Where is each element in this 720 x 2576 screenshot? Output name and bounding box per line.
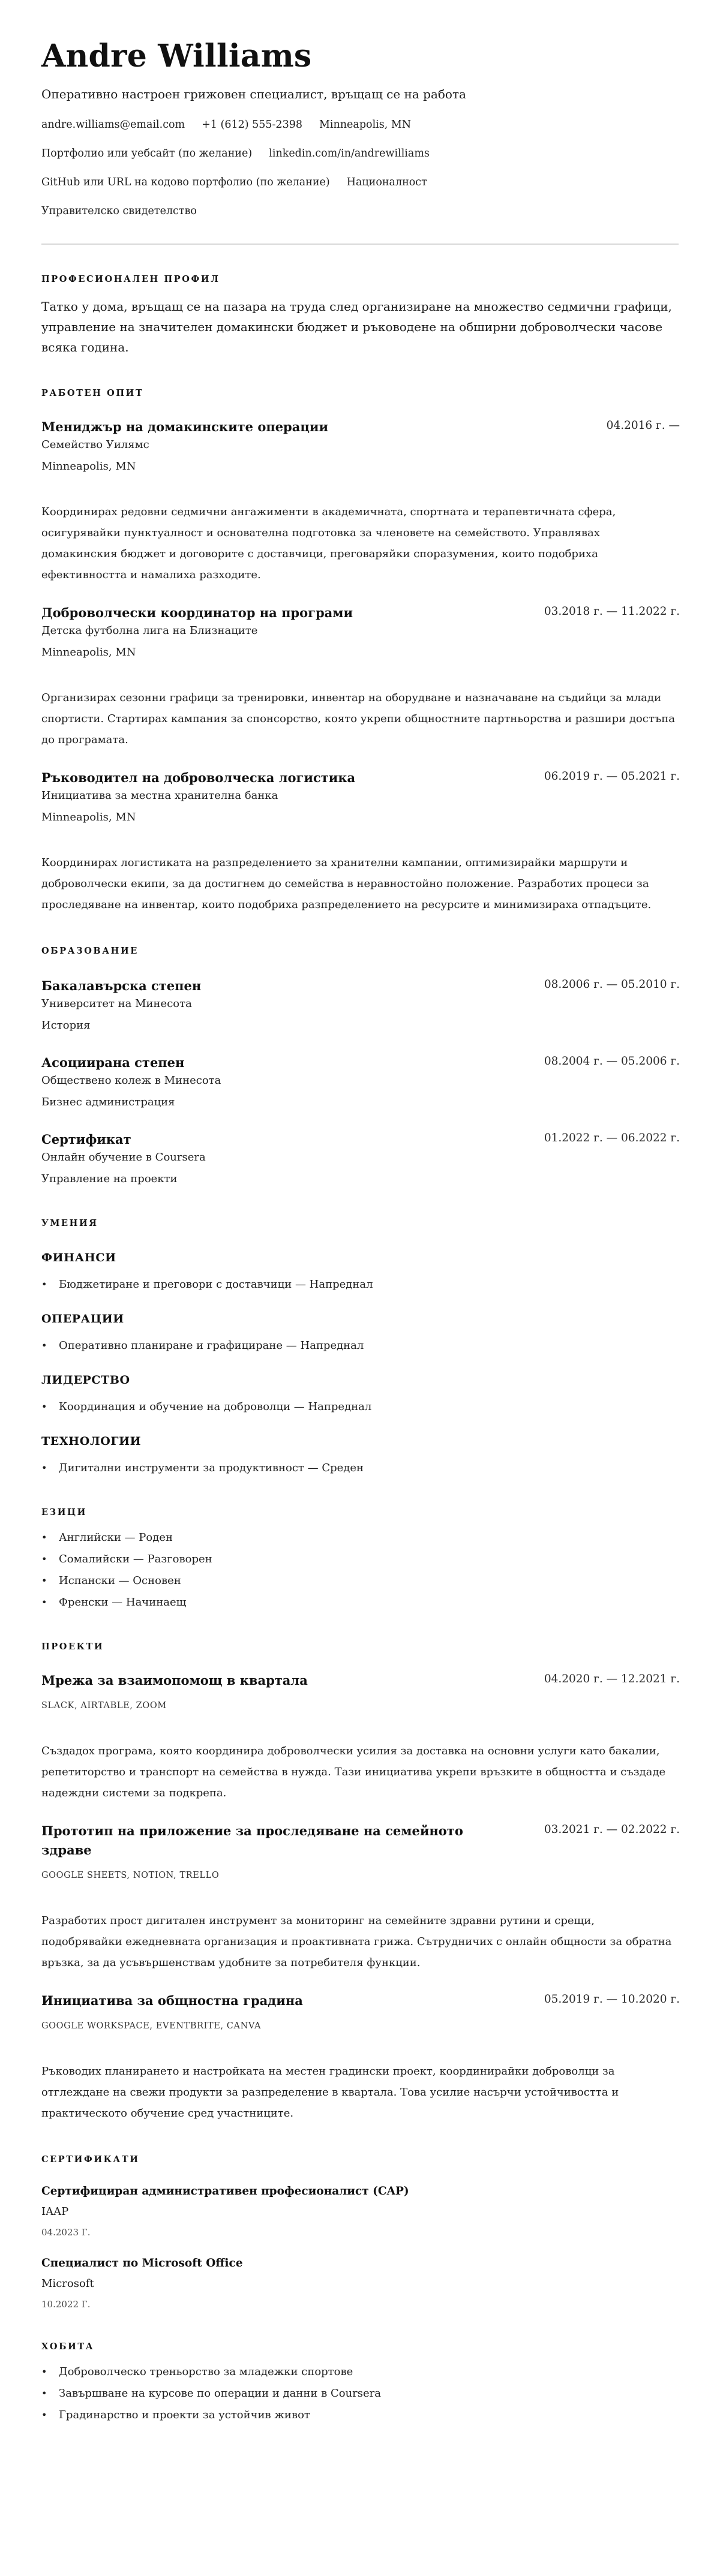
project-entry: Мрежа за взаимопомощ в квартала04.2020 г…: [41, 1671, 679, 1803]
experience-entry: Ръководител на доброволческа логистика06…: [41, 768, 679, 915]
entry-header: Бакалавърска степен08.2006 г. — 05.2010 …: [41, 976, 679, 996]
project-description: Създадох програма, която координира добр…: [41, 1741, 679, 1803]
certificate-date: 04.2023 г.: [41, 2226, 679, 2239]
entry-header: Прототип на приложение за проследяване н…: [41, 1821, 679, 1860]
profile-summary: Татко у дома, връщащ се на пазара на тру…: [41, 296, 679, 357]
school: Университет на Минесота: [41, 996, 679, 1012]
entry-header: Мениджър на домакинските операции04.2016…: [41, 417, 679, 437]
job-description: Организирах сезонни графици за тренировк…: [41, 687, 679, 750]
certificate-issuer: IAAP: [41, 2204, 679, 2220]
resume-header: Andre Williams Оперативно настроен грижо…: [41, 37, 679, 218]
entry-header: Мрежа за взаимопомощ в квартала04.2020 г…: [41, 1671, 679, 1690]
languages-list: Английски — РоденСомалийски — Разговорен…: [41, 1529, 679, 1611]
employer: Инициатива за местна хранителна банка: [41, 787, 679, 804]
hobby-item: Завършване на курсове по операции и данн…: [41, 2385, 679, 2402]
skill-item: Координация и обучение на доброволци — Н…: [41, 1399, 679, 1415]
section-title: Хобита: [41, 2341, 679, 2353]
section-title: Образование: [41, 945, 679, 957]
skill-item: Дигитални инструменти за продуктивност —…: [41, 1460, 679, 1477]
skills-section: Умения ФИНАНСИБюджетиране и преговори с …: [41, 1218, 679, 1477]
section-title: Сертификати: [41, 2154, 679, 2166]
hobbies-section: Хобита Доброволческо треньорство за млад…: [41, 2341, 679, 2424]
certificates-section: Сертификати Сертифициран административен…: [41, 2154, 679, 2311]
entry-header: Асоциирана степен08.2004 г. — 05.2006 г.: [41, 1053, 679, 1072]
language-item: Английски — Роден: [41, 1529, 679, 1546]
resume-page: Andre Williams Оперативно настроен грижо…: [0, 0, 720, 2460]
certificate-name: Специалист по Microsoft Office: [41, 2256, 679, 2271]
certificate-date: 10.2022 г.: [41, 2298, 679, 2311]
job-title: Мениджър на домакинските операции: [41, 417, 328, 437]
hobbies-list: Доброволческо треньорство за младежки сп…: [41, 2364, 679, 2424]
skill-item: Оперативно планиране и графициране — Нап…: [41, 1337, 679, 1354]
project-title: Прототип на приложение за проследяване н…: [41, 1821, 473, 1860]
project-title: Инициатива за общностна градина: [41, 1991, 303, 2010]
drivers-license: Управителско свидетелство: [41, 205, 197, 217]
job-title: Доброволчески координатор на програми: [41, 603, 353, 623]
contact-line: andre.williams@email.com+1 (612) 555-239…: [41, 118, 679, 132]
contact-line: Портфолио или уебсайт (по желание)linked…: [41, 146, 679, 161]
education-section: Образование Бакалавърска степен08.2006 г…: [41, 945, 679, 1188]
job-description: Координирах логистиката на разпределение…: [41, 852, 679, 915]
job-location: Minneapolis, MN: [41, 644, 679, 661]
certificate-entry: Сертифициран административен професионал…: [41, 2184, 679, 2239]
project-tech-stack: Google Workspace, Eventbrite, Canva: [41, 2020, 679, 2032]
project-description: Ръководих планирането и настройката на м…: [41, 2061, 679, 2124]
contact-line: Управителско свидетелство: [41, 204, 679, 218]
experience-section: Работен опит Мениджър на домакинските оп…: [41, 387, 679, 915]
skill-group-title: ФИНАНСИ: [41, 1250, 679, 1266]
location: Minneapolis, MN: [319, 119, 411, 131]
project-description: Разработих прост дигитален инструмент за…: [41, 1910, 679, 1973]
skill-group-title: ЛИДЕРСТВО: [41, 1372, 679, 1388]
projects-section: Проекти Мрежа за взаимопомощ в квартала0…: [41, 1641, 679, 2124]
field-of-study: История: [41, 1017, 679, 1034]
section-title: Проекти: [41, 1641, 679, 1653]
hobby-item: Градинарство и проекти за устойчив живот: [41, 2407, 679, 2424]
entry-header: Доброволчески координатор на програми03.…: [41, 603, 679, 623]
section-title: Езици: [41, 1507, 679, 1519]
job-description: Координирах редовни седмични ангажименти…: [41, 501, 679, 585]
project-entry: Инициатива за общностна градина05.2019 г…: [41, 1991, 679, 2124]
experience-entry: Мениджър на домакинските операции04.2016…: [41, 417, 679, 585]
hobby-item: Доброволческо треньорство за младежки сп…: [41, 2364, 679, 2380]
employer: Семейство Уилямс: [41, 437, 679, 453]
date-range: 03.2018 г. — 11.2022 г.: [544, 603, 680, 620]
project-tech-stack: Slack, Airtable, Zoom: [41, 1700, 679, 1712]
nationality: Националност: [347, 176, 427, 188]
degree: Асоциирана степен: [41, 1053, 184, 1072]
skill-list: Дигитални инструменти за продуктивност —…: [41, 1460, 679, 1477]
header-divider: [41, 244, 679, 245]
education-entry: Бакалавърска степен08.2006 г. — 05.2010 …: [41, 976, 679, 1034]
experience-entry: Доброволчески координатор на програми03.…: [41, 603, 679, 750]
employer: Детска футболна лига на Близнаците: [41, 623, 679, 639]
education-entry: Асоциирана степен08.2004 г. — 05.2006 г.…: [41, 1053, 679, 1111]
project-tech-stack: Google Sheets, Notion, Trello: [41, 1869, 679, 1881]
school: Онлайн обучение в Coursera: [41, 1149, 679, 1166]
skill-group-title: ОПЕРАЦИИ: [41, 1311, 679, 1327]
project-entry: Прототип на приложение за проследяване н…: [41, 1821, 679, 1973]
entry-header: Инициатива за общностна градина05.2019 г…: [41, 1991, 679, 2010]
portfolio-link[interactable]: Портфолио или уебсайт (по желание): [41, 148, 252, 160]
email[interactable]: andre.williams@email.com: [41, 119, 185, 131]
education-entry: Сертификат01.2022 г. — 06.2022 г.Онлайн …: [41, 1130, 679, 1188]
date-range: 08.2006 г. — 05.2010 г.: [544, 976, 680, 993]
job-location: Minneapolis, MN: [41, 809, 679, 826]
section-title: Работен опит: [41, 387, 679, 399]
contact-line: GitHub или URL на кодово портфолио (по ж…: [41, 175, 679, 190]
job-location: Minneapolis, MN: [41, 458, 679, 475]
degree: Сертификат: [41, 1130, 131, 1149]
field-of-study: Управление на проекти: [41, 1171, 679, 1188]
date-range: 01.2022 г. — 06.2022 г.: [544, 1130, 680, 1147]
candidate-name: Andre Williams: [41, 37, 679, 76]
section-title: Професионален профил: [41, 273, 679, 285]
language-item: Испански — Основен: [41, 1573, 679, 1589]
phone[interactable]: +1 (612) 555-2398: [202, 119, 302, 131]
date-range: 06.2019 г. — 05.2021 г.: [544, 768, 680, 785]
entry-header: Ръководител на доброволческа логистика06…: [41, 768, 679, 787]
job-title: Ръководител на доброволческа логистика: [41, 768, 355, 787]
certificate-entry: Специалист по Microsoft OfficeMicrosoft1…: [41, 2256, 679, 2311]
language-item: Сомалийски — Разговорен: [41, 1551, 679, 1568]
section-title: Умения: [41, 1218, 679, 1230]
certificate-name: Сертифициран административен професионал…: [41, 2184, 679, 2199]
date-range: 03.2021 г. — 02.2022 г.: [544, 1821, 680, 1838]
date-range: 04.2016 г. —: [607, 417, 680, 434]
date-range: 08.2004 г. — 05.2006 г.: [544, 1053, 680, 1070]
skill-list: Оперативно планиране и графициране — Нап…: [41, 1337, 679, 1354]
certificate-issuer: Microsoft: [41, 2276, 679, 2292]
profile-section: Професионален профил Татко у дома, връща…: [41, 273, 679, 357]
github-link[interactable]: GitHub или URL на кодово портфолио (по ж…: [41, 176, 330, 188]
school: Обществено колеж в Минесота: [41, 1072, 679, 1089]
skill-list: Бюджетиране и преговори с доставчици — Н…: [41, 1276, 679, 1293]
headline: Оперативно настроен грижовен специалист,…: [41, 85, 679, 103]
date-range: 04.2020 г. — 12.2021 г.: [544, 1671, 680, 1688]
languages-section: Езици Английски — РоденСомалийски — Разг…: [41, 1507, 679, 1611]
entry-header: Сертификат01.2022 г. — 06.2022 г.: [41, 1130, 679, 1149]
language-item: Френски — Начинаещ: [41, 1594, 679, 1611]
date-range: 05.2019 г. — 10.2020 г.: [544, 1991, 680, 2008]
skill-group-title: ТЕХНОЛОГИИ: [41, 1433, 679, 1449]
skill-item: Бюджетиране и преговори с доставчици — Н…: [41, 1276, 679, 1293]
skill-list: Координация и обучение на доброволци — Н…: [41, 1399, 679, 1415]
project-title: Мрежа за взаимопомощ в квартала: [41, 1671, 308, 1690]
field-of-study: Бизнес администрация: [41, 1094, 679, 1111]
degree: Бакалавърска степен: [41, 976, 201, 996]
linkedin-link[interactable]: linkedin.com/in/andrewilliams: [269, 148, 430, 160]
